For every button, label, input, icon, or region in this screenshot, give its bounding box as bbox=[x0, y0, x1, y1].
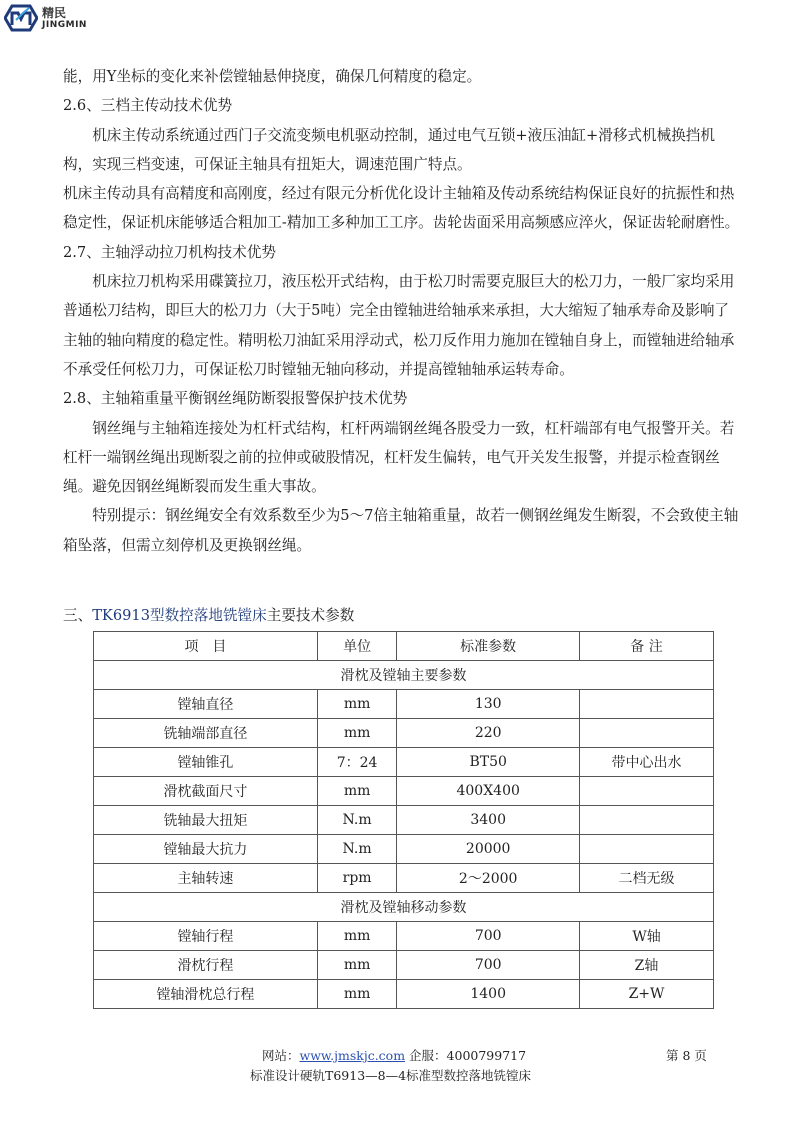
section-heading-2-6: 2.6、三档主传动技术优势 bbox=[63, 91, 743, 120]
section-3-prefix: 三、 bbox=[63, 607, 92, 624]
cell-value: 3400 bbox=[397, 806, 580, 835]
cell-remark: 带中心出水 bbox=[580, 748, 714, 777]
table-row: 镗轴滑枕总行程mm1400Z+W bbox=[94, 980, 714, 1009]
footer-doc-title: 标准设计硬轨T6913—8—4标准型数控落地铣镗床 bbox=[250, 1066, 531, 1084]
table-row: 镗轴直径mm130 bbox=[94, 690, 714, 719]
cell-remark: Z轴 bbox=[580, 951, 714, 980]
logo-english-name: JINGMIN bbox=[42, 21, 87, 30]
cell-unit: N.m bbox=[317, 806, 396, 835]
cell-value: 1400 bbox=[397, 980, 580, 1009]
table-row: 铣轴最大扭矩N.m3400 bbox=[94, 806, 714, 835]
section-heading-2-7: 2.7、主轴浮动拉刀机构技术优势 bbox=[63, 238, 743, 267]
document-body: 能，用Y坐标的变化来补偿镗轴悬伸挠度，确保几何精度的稳定。 2.6、三档主传动技… bbox=[63, 62, 743, 560]
header-item: 项 目 bbox=[94, 632, 318, 661]
section-heading-2-8: 2.8、主轴箱重量平衡钢丝绳防断裂报警保护技术优势 bbox=[63, 384, 743, 413]
cell-unit: rpm bbox=[317, 864, 396, 893]
header-standard: 标准参数 bbox=[397, 632, 580, 661]
cell-item: 滑枕截面尺寸 bbox=[94, 777, 318, 806]
service-phone: 4000799717 bbox=[447, 1048, 527, 1063]
company-logo: 精民 JINGMIN bbox=[4, 4, 124, 32]
spec-table: 项 目 单位 标准参数 备 注 滑枕及镗轴主要参数 镗轴直径mm130 铣轴端部… bbox=[93, 631, 714, 1009]
cell-item: 镗轴行程 bbox=[94, 922, 318, 951]
table-row: 镗轴最大抗力N.m20000 bbox=[94, 835, 714, 864]
table-row: 主轴转速rpm2～2000二档无级 bbox=[94, 864, 714, 893]
cell-item: 滑枕行程 bbox=[94, 951, 318, 980]
cell-remark: Z+W bbox=[580, 980, 714, 1009]
cell-unit: mm bbox=[317, 719, 396, 748]
table-row: 滑枕行程mm700Z轴 bbox=[94, 951, 714, 980]
paragraph: 机床拉刀机构采用碟簧拉刀，液压松开式结构，由于松刀时需要克服巨大的松刀力，一般厂… bbox=[63, 267, 743, 384]
group-row: 滑枕及镗轴移动参数 bbox=[94, 893, 714, 922]
table-header-row: 项 目 单位 标准参数 备 注 bbox=[94, 632, 714, 661]
paragraph: 钢丝绳与主轴箱连接处为杠杆式结构，杠杆两端钢丝绳各股受力一致，杠杆端部有电气报警… bbox=[63, 414, 743, 502]
cell-remark bbox=[580, 835, 714, 864]
cell-remark: 二档无级 bbox=[580, 864, 714, 893]
cell-unit: mm bbox=[317, 951, 396, 980]
cell-value: BT50 bbox=[397, 748, 580, 777]
cell-unit: 7：24 bbox=[317, 748, 396, 777]
cell-remark bbox=[580, 806, 714, 835]
cell-unit: mm bbox=[317, 980, 396, 1009]
table-row: 滑枕截面尺寸mm400X400 bbox=[94, 777, 714, 806]
cell-item: 镗轴直径 bbox=[94, 690, 318, 719]
cell-remark bbox=[580, 690, 714, 719]
header-remarks: 备 注 bbox=[580, 632, 714, 661]
cell-item: 铣轴端部直径 bbox=[94, 719, 318, 748]
group-title: 滑枕及镗轴主要参数 bbox=[94, 661, 714, 690]
cell-value: 400X400 bbox=[397, 777, 580, 806]
table-row: 镗轴行程mm700W轴 bbox=[94, 922, 714, 951]
section-3-title: 三、TK6913型数控落地铣镗床主要技术参数 bbox=[63, 604, 354, 628]
cell-unit: N.m bbox=[317, 835, 396, 864]
table-row: 镗轴锥孔7：24BT50带中心出水 bbox=[94, 748, 714, 777]
table-row: 铣轴端部直径mm220 bbox=[94, 719, 714, 748]
cell-item: 镗轴最大抗力 bbox=[94, 835, 318, 864]
cell-unit: mm bbox=[317, 922, 396, 951]
service-label: 企服： bbox=[405, 1048, 446, 1063]
paragraph: 机床主传动具有高精度和高刚度，经过有限元分析优化设计主轴箱及传动系统结构保证良好… bbox=[63, 179, 743, 238]
page-number: 第 8 页 bbox=[666, 1046, 707, 1064]
paragraph: 特别提示：钢丝绳安全有效系数至少为5～7倍主轴箱重量，故若一侧钢丝绳发生断裂，不… bbox=[63, 501, 743, 560]
website-label: 网站： bbox=[262, 1048, 300, 1063]
cell-value: 2～2000 bbox=[397, 864, 580, 893]
group-title: 滑枕及镗轴移动参数 bbox=[94, 893, 714, 922]
model-title: TK6913型数控落地铣镗床 bbox=[92, 607, 267, 624]
cell-remark bbox=[580, 777, 714, 806]
cell-value: 20000 bbox=[397, 835, 580, 864]
logo-chinese-name: 精民 bbox=[42, 7, 87, 19]
continued-paragraph: 能，用Y坐标的变化来补偿镗轴悬伸挠度，确保几何精度的稳定。 bbox=[63, 62, 743, 91]
cell-unit: mm bbox=[317, 777, 396, 806]
cell-value: 700 bbox=[397, 951, 580, 980]
group-row: 滑枕及镗轴主要参数 bbox=[94, 661, 714, 690]
website-link[interactable]: www.jmskjc.com bbox=[300, 1048, 406, 1063]
cell-item: 铣轴最大扭矩 bbox=[94, 806, 318, 835]
header-unit: 单位 bbox=[317, 632, 396, 661]
cell-value: 220 bbox=[397, 719, 580, 748]
paragraph: 机床主传动系统通过西门子交流变频电机驱动控制，通过电气互锁+液压油缸+滑移式机械… bbox=[63, 121, 743, 180]
cell-value: 700 bbox=[397, 922, 580, 951]
cell-value: 130 bbox=[397, 690, 580, 719]
cell-item: 镗轴锥孔 bbox=[94, 748, 318, 777]
cell-unit: mm bbox=[317, 690, 396, 719]
cell-item: 主轴转速 bbox=[94, 864, 318, 893]
cell-remark bbox=[580, 719, 714, 748]
jingmin-logo-icon bbox=[4, 4, 38, 32]
cell-remark: W轴 bbox=[580, 922, 714, 951]
cell-item: 镗轴滑枕总行程 bbox=[94, 980, 318, 1009]
section-3-suffix: 主要技术参数 bbox=[267, 607, 355, 624]
footer-contact: 网站：www.jmskjc.com 企服：4000799717 bbox=[262, 1046, 526, 1064]
